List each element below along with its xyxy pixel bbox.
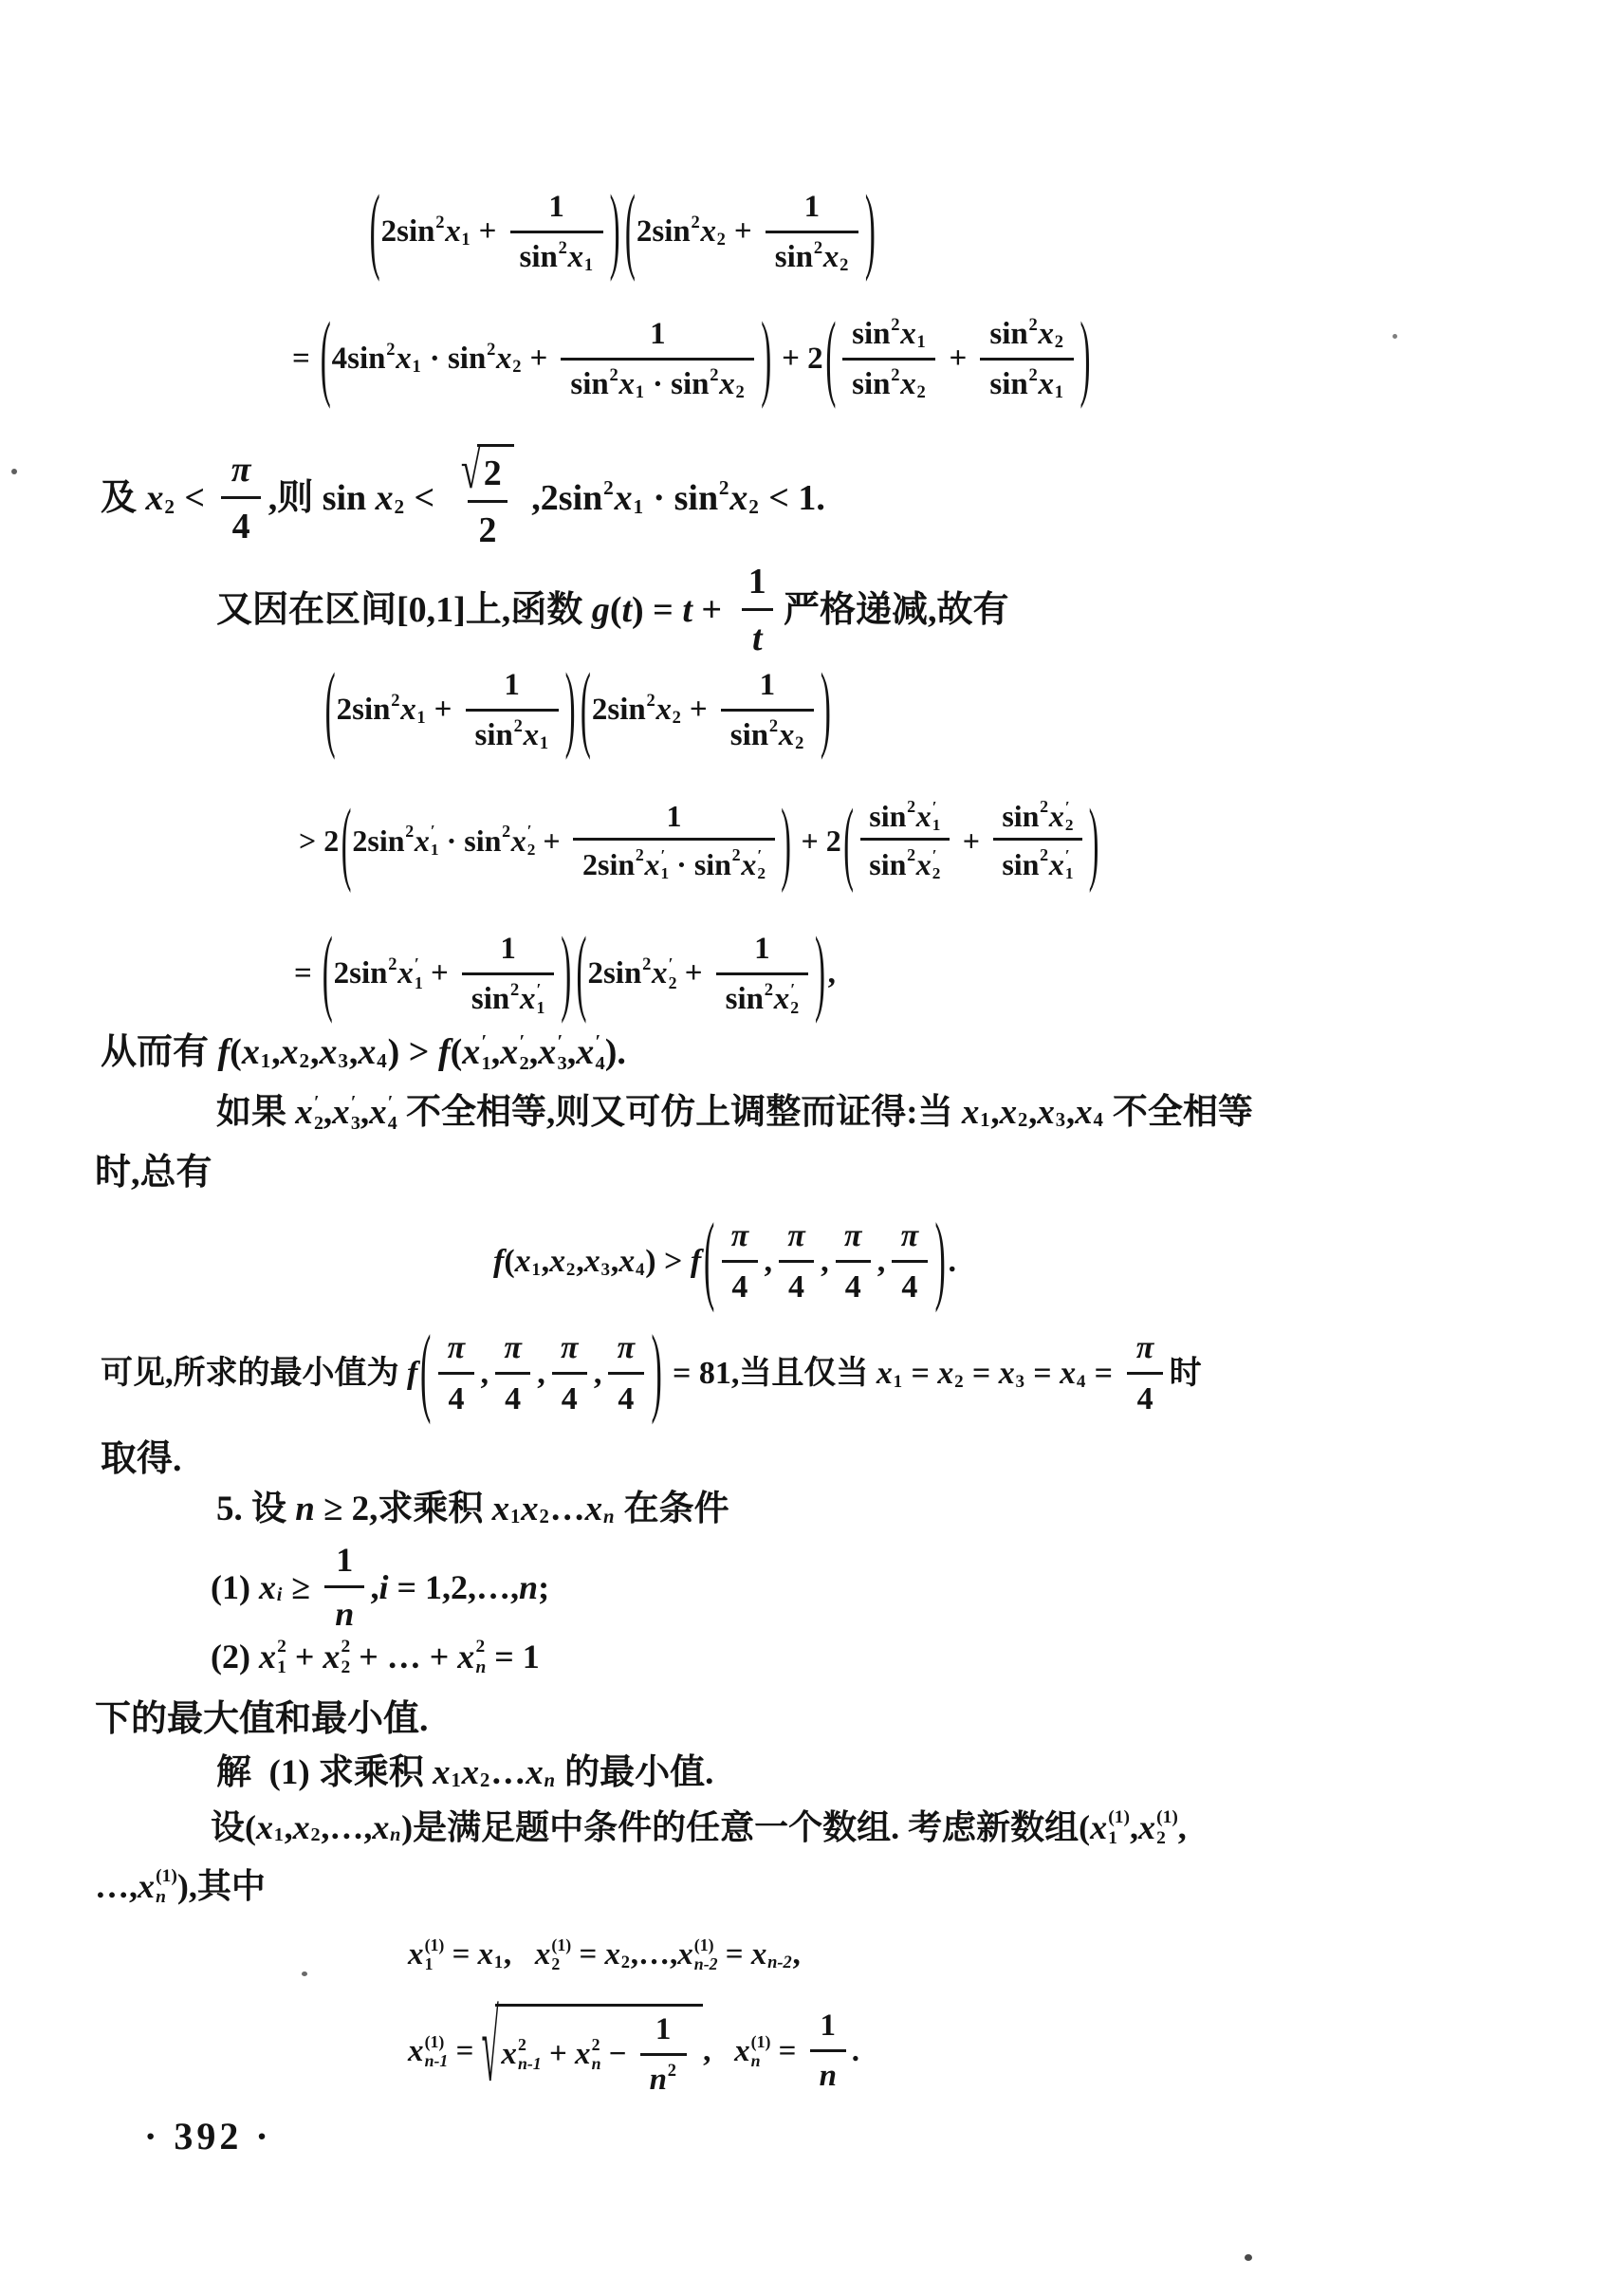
math-token: π — [901, 1216, 919, 1257]
math-token: 4 — [1093, 1109, 1104, 1134]
math-token: f — [218, 1030, 231, 1076]
math-token: sin2x′2sin2x′1 — [993, 797, 1082, 883]
math-token: 1sin2x1 — [466, 666, 559, 755]
math-token: 2 — [513, 715, 524, 737]
math-token: π — [220, 448, 262, 496]
math-token: π4 — [891, 1216, 928, 1308]
math-token: 1 — [412, 356, 422, 378]
para-max-and-min: 下的最大值和最小值. — [95, 1696, 429, 1743]
para-obtained: 取得. — [101, 1436, 182, 1483]
math-token: x — [535, 1935, 551, 1974]
math-token: x — [575, 2035, 591, 2074]
math-token: 2 — [1054, 331, 1064, 353]
math-token: x — [501, 2035, 517, 2074]
math-token: sin — [1002, 797, 1039, 835]
math-token: ( — [824, 311, 837, 408]
math-token: , — [1028, 1091, 1037, 1135]
math-token: n — [820, 2057, 837, 2096]
math-token: sin — [869, 797, 906, 835]
math-token: (1) — [1108, 1807, 1130, 1828]
math-token: sin2x2 — [766, 231, 858, 278]
math-token: 4 — [722, 1260, 757, 1308]
math-token: 1 — [666, 797, 681, 835]
math-token: , — [491, 1030, 501, 1076]
math-token: n — [602, 1506, 615, 1530]
math-token: π — [561, 1328, 579, 1369]
math-token: 2 — [691, 212, 701, 233]
para-wherein: …,x(1)n),其中 — [95, 1865, 266, 1908]
math-token: 2 — [813, 237, 823, 259]
math-token: sin2x2 — [842, 358, 935, 405]
math-token: 4 — [448, 1379, 464, 1420]
math-token: n — [324, 1585, 364, 1637]
math-token: … — [550, 1488, 585, 1531]
math-token: 4sin — [332, 340, 386, 379]
math-token: x — [500, 1030, 518, 1076]
math-token: sin2x′2 — [860, 838, 950, 883]
formula-new-array-1: x(1)1 = x1, x(1)2 = x2,…,x(1)n-2 = xn-2, — [408, 1935, 801, 1974]
math-token: n — [751, 2052, 761, 2071]
math-token: (1)n-1 — [425, 2033, 449, 2071]
math-token: x — [962, 1091, 980, 1135]
math-token: 3 — [600, 1259, 611, 1282]
math-token: , — [828, 954, 836, 993]
math-token: + — [542, 2035, 575, 2074]
math-token: x — [741, 845, 756, 883]
math-token: π4 — [551, 1328, 588, 1420]
math-token: x — [677, 1935, 693, 1974]
math-token: 2sin2x1 + 1sin2x1 — [381, 188, 609, 277]
math-token: ,…, — [631, 1935, 678, 1974]
math-token: √2 — [461, 444, 514, 496]
math-token: ′1 — [932, 798, 941, 835]
math-token: 4 — [618, 1379, 634, 1420]
math-token: 从而有 — [101, 1030, 218, 1076]
math-token: n — [475, 1657, 486, 1678]
math-token: x(1)1 — [408, 1935, 444, 1974]
math-token: ) = — [632, 588, 682, 634]
math-token: ( — [341, 794, 353, 887]
math-token: x — [1060, 1354, 1076, 1395]
math-token: 2 — [1028, 314, 1039, 336]
math-token: ( — [624, 184, 637, 281]
formula-expansion-equals: = (4sin2x1 · sin2x2 + 1sin2x1 · sin2x2) … — [292, 315, 1093, 404]
math-token: (2sin2x1 + 1sin2x1) — [324, 666, 577, 755]
math-token: (1)n — [751, 2033, 771, 2071]
math-token: + 2 — [794, 822, 841, 860]
math-token: 2 — [519, 1053, 528, 1075]
math-token: x — [734, 2032, 750, 2071]
math-token: = — [448, 2032, 481, 2071]
math-token: ′ — [527, 822, 532, 840]
math-token: , — [1178, 1806, 1187, 1849]
math-token: = — [964, 1354, 998, 1395]
math-token: ) > — [645, 1242, 691, 1283]
math-token: 1sin2x1 · sin2x2 — [561, 315, 754, 404]
math-token: 2 — [839, 254, 849, 276]
math-token: x′3 — [332, 1091, 360, 1135]
math-token: 1sin2x2 — [721, 666, 814, 755]
math-token: 2 — [1017, 1109, 1028, 1134]
math-token: + — [286, 1636, 323, 1678]
math-token: x′1 — [462, 1030, 490, 1076]
math-token: < — [175, 476, 214, 522]
math-token: x — [823, 238, 840, 277]
math-token: x — [259, 1636, 276, 1678]
math-token: 不全相等 — [1104, 1091, 1253, 1135]
math-token: x — [700, 213, 716, 251]
math-token: (2sin2x1 + 1sin2x1) — [369, 188, 621, 277]
math-token: 1 — [493, 1952, 504, 1973]
math-token: sin — [989, 315, 1027, 354]
math-token: x — [900, 365, 916, 404]
math-token: x(1)n — [138, 1865, 177, 1908]
math-token: 2 — [310, 1823, 322, 1847]
math-token: ′ — [351, 1092, 357, 1113]
math-token: , — [990, 1091, 999, 1135]
math-token: t — [682, 588, 692, 634]
math-token: = 81,当且仅当 — [665, 1354, 877, 1395]
math-token: ( — [504, 1242, 514, 1283]
math-token: t — [621, 588, 632, 634]
math-token: 2 — [558, 237, 568, 259]
math-token: sin2x2sin2x1 — [980, 315, 1073, 404]
math-token: 时 — [1170, 1354, 1202, 1395]
math-token: 2 — [527, 841, 536, 859]
math-token: (1)n-2 — [694, 1936, 718, 1974]
math-token: 1 — [932, 816, 941, 834]
math-token: ′3 — [557, 1031, 566, 1075]
math-token: π — [618, 1328, 636, 1369]
math-token: 4 — [845, 1268, 861, 1308]
math-token: 2 — [953, 1371, 964, 1394]
math-token: x — [259, 1566, 276, 1609]
math-token: π4,π4,π4,π4 — [715, 1216, 933, 1308]
math-token: + — [727, 213, 760, 251]
math-token: 1 — [481, 1053, 490, 1075]
math-token: 1 — [655, 2010, 672, 2049]
math-token: ) — [933, 1213, 946, 1312]
math-token: sin — [852, 365, 890, 404]
math-token: π — [551, 1328, 588, 1372]
math-token: √ — [482, 2002, 499, 2101]
para-problem-5: 5. 设 n ≥ 2,求乘积 x1x2…xn 在条件 — [216, 1488, 729, 1531]
math-token: 2 — [768, 715, 779, 737]
math-token: 2 — [501, 821, 510, 842]
math-token: x — [511, 822, 526, 860]
math-token: x — [774, 980, 790, 1019]
math-token: 2 — [646, 690, 656, 712]
math-token: 2 — [477, 444, 514, 496]
scan-speck — [1245, 2254, 1252, 2261]
math-token: 5. 设 — [216, 1488, 295, 1531]
math-token: 4 — [495, 1372, 530, 1420]
math-token: x′2 — [916, 845, 941, 883]
math-token: 4 — [836, 1260, 871, 1308]
math-token: 1sin2x2 — [766, 188, 858, 277]
math-token: f — [493, 1242, 504, 1283]
math-token: 1 — [548, 188, 564, 227]
math-token: 2 — [341, 1637, 351, 1657]
math-token: 1 — [537, 999, 545, 1018]
math-token: ( — [322, 926, 334, 1023]
math-token: sin2x′1sin2x′2 + sin2x′2sin2x′1 — [855, 797, 1088, 883]
math-token: 4 — [376, 1048, 387, 1074]
math-token: · sin — [644, 476, 718, 522]
math-token: (1) — [551, 1936, 571, 1955]
math-token: π4 — [494, 1328, 531, 1420]
math-token: 2n-1 — [518, 2036, 542, 2074]
math-token: + — [535, 822, 567, 860]
math-token: 解 — [216, 1751, 251, 1795]
math-token: ,…, — [321, 1806, 372, 1849]
math-token: 1 — [490, 930, 525, 972]
scan-speck — [302, 1972, 307, 1976]
math-token: , — [1066, 1091, 1075, 1135]
math-token: sin2x1sin2x2 + sin2x2sin2x1 — [837, 315, 1079, 404]
math-token: 1 — [531, 1259, 542, 1282]
para-if-not-all-equal: 如果 x′2,x′3,x′4 不全相等,则又可仿上调整而证得:当 x1,x2,x… — [216, 1091, 1253, 1135]
math-token: 1 — [804, 188, 821, 227]
math-token: 12sin2x′1 · sin2x′2 — [573, 797, 774, 883]
math-token: π — [494, 1328, 531, 1372]
math-token: ( — [703, 1213, 715, 1312]
math-token: 1 — [795, 188, 829, 231]
math-token: x — [618, 365, 635, 404]
math-token: 2sin2x2 + 1sin2x2 — [637, 188, 864, 277]
math-token: (sin2x′1sin2x′2 + sin2x′2sin2x′1) — [842, 797, 1099, 883]
math-token: π4 — [607, 1328, 644, 1420]
math-token: sin — [1002, 845, 1039, 883]
math-token: = — [718, 1935, 751, 1974]
math-token: ′ — [388, 1092, 394, 1113]
math-token: 4 — [901, 1268, 917, 1308]
math-token: 4 — [892, 1260, 927, 1308]
para-and-x2-bound: 及 x2 < π4,则 sin x2 < √22,2sin2x1 · sin2x… — [101, 444, 825, 553]
math-token: = — [1025, 1354, 1060, 1395]
math-token: (π4,π4,π4,π4) — [703, 1216, 947, 1308]
math-token: ′ — [557, 1031, 563, 1053]
math-token: x — [521, 1488, 539, 1531]
math-token: ′ — [481, 1031, 487, 1053]
math-token: 4 — [788, 1268, 804, 1308]
math-token: ≥ — [283, 1566, 319, 1609]
math-token: 1sin2x′2 — [716, 930, 808, 1019]
math-token: sin — [475, 716, 513, 755]
math-token: π — [891, 1216, 928, 1260]
math-token: 4 — [388, 1113, 397, 1134]
math-token: ). — [605, 1030, 626, 1076]
math-token: ( — [230, 1030, 242, 1076]
math-token: (2sin2x2 + 1sin2x2) — [580, 666, 832, 755]
math-token: ′2 — [519, 1031, 528, 1075]
math-token: 2 — [672, 707, 682, 729]
math-token: 2 — [716, 229, 727, 250]
math-token: x — [568, 238, 584, 277]
math-token: 4 — [1127, 1372, 1162, 1420]
math-token: ( — [575, 926, 587, 1023]
math-token: 1 — [500, 930, 516, 969]
math-token: ′3 — [351, 1092, 360, 1135]
math-token: ′ — [314, 1092, 320, 1113]
para-minimum-is-81: 可见,所求的最小值为 f(π4,π4,π4,π4) = 81,当且仅当 x1 =… — [101, 1328, 1202, 1420]
math-token: π4,π4,π4,π4 — [432, 1328, 650, 1420]
math-token: · sin — [645, 365, 710, 404]
math-token: π4 — [835, 1216, 872, 1308]
math-token: x — [1049, 797, 1064, 835]
math-token: (1)2 — [1156, 1807, 1178, 1849]
math-token: 1t — [737, 560, 777, 662]
math-token: 及 — [101, 476, 146, 522]
math-token: 设( — [211, 1806, 256, 1849]
math-token: x — [779, 716, 795, 755]
math-token: 又因在区间[0,1]上,函数 — [216, 588, 592, 634]
page-number: · 392 · — [144, 2112, 272, 2161]
math-token: , — [567, 1030, 577, 1076]
math-token: ′2 — [1065, 798, 1074, 835]
math-token: √22 — [450, 444, 525, 553]
math-token: π — [731, 1216, 749, 1257]
math-token: ′2 — [757, 846, 766, 883]
math-token: + — [522, 340, 555, 379]
math-token: ′2 — [669, 955, 677, 993]
math-token: ) — [564, 662, 577, 759]
formula-product-line-1: (2sin2x1 + 1sin2x1)(2sin2x2 + 1sin2x2) — [367, 188, 878, 277]
math-token: x — [652, 954, 668, 993]
math-token: π — [1127, 1328, 1164, 1372]
math-token: x(1)n-2 — [677, 1935, 717, 1974]
math-token: 1 — [336, 1539, 353, 1582]
math-token: , — [271, 1030, 281, 1076]
math-token: 2sin2x2 + 1sin2x2 — [592, 666, 820, 755]
math-token: 2 — [479, 1769, 490, 1794]
math-token: 2 — [592, 2036, 600, 2055]
math-token: x′2 — [295, 1091, 323, 1135]
math-token: π4 — [220, 448, 262, 550]
math-token: x(1)2 — [535, 1935, 571, 1974]
book-page: (2sin2x1 + 1sin2x1)(2sin2x2 + 1sin2x2) =… — [0, 0, 1624, 2277]
math-token: = 1 — [486, 1636, 540, 1678]
math-token: x′2 — [511, 822, 536, 860]
math-token: 1 — [633, 494, 644, 520]
math-token: x′1 — [520, 980, 544, 1019]
math-token: sin2x′1 — [993, 838, 1082, 883]
math-token: x — [576, 1030, 594, 1076]
math-token: x — [332, 1091, 350, 1135]
math-token: 2sin — [334, 954, 388, 993]
math-token: , — [481, 1354, 489, 1395]
math-token: 2 — [1039, 844, 1048, 865]
math-token: π — [437, 1328, 474, 1372]
math-token: , — [529, 1030, 539, 1076]
math-token: ) — [780, 794, 792, 887]
math-token: ( — [320, 311, 332, 408]
math-token: 2n — [475, 1637, 486, 1678]
math-token: x′2 — [741, 845, 766, 883]
math-token: x — [1038, 315, 1054, 354]
math-token: x — [1075, 1091, 1093, 1135]
math-token: x — [138, 1865, 155, 1908]
math-token: ′ — [757, 846, 762, 864]
math-token: ′2 — [932, 846, 941, 883]
math-token: n-2 — [766, 1952, 792, 1973]
formula-equals-primed: = (2sin2x′1 + 1sin2x′1)(2sin2x′2 + 1sin2… — [294, 930, 836, 1019]
math-token: sin — [869, 845, 906, 883]
math-token: ′2 — [314, 1092, 323, 1135]
math-token: 1 — [750, 666, 784, 709]
math-token: x — [496, 340, 512, 379]
math-token: = — [770, 2032, 803, 2071]
math-token: x2n-1 — [501, 2035, 541, 2074]
math-token: , — [323, 1091, 332, 1135]
math-token: 1 — [1054, 381, 1064, 403]
math-token: n-1 — [425, 2052, 449, 2071]
math-token: f — [407, 1354, 417, 1395]
math-token: x — [916, 797, 932, 835]
math-token: , — [594, 1354, 602, 1395]
math-token: 1 — [650, 315, 666, 354]
math-token: (π4,π4,π4,π4) — [419, 1328, 663, 1420]
math-token: x — [644, 845, 659, 883]
math-token: 1 — [635, 381, 645, 403]
math-token: ′ — [595, 1031, 600, 1053]
math-token: x — [605, 1935, 621, 1974]
math-token: 1 — [661, 864, 670, 882]
math-token: 2 — [735, 381, 746, 403]
math-token: ) — [820, 662, 832, 759]
math-token: 1 — [1108, 1828, 1117, 1849]
math-token: 2sin — [592, 691, 646, 730]
math-token: f — [438, 1030, 451, 1076]
math-token: x′3 — [538, 1030, 566, 1076]
math-token: x — [397, 954, 414, 993]
math-token: 2 — [794, 732, 804, 754]
math-token: , — [371, 1566, 379, 1609]
math-token: x — [719, 365, 735, 404]
math-token: 1n — [810, 2007, 846, 2096]
math-token: (1)2 — [551, 1936, 571, 1974]
math-token: 2 — [764, 979, 774, 1001]
math-token: 2 — [1028, 364, 1039, 386]
math-token: ′1 — [1065, 846, 1074, 883]
math-token: , — [542, 1242, 550, 1283]
math-token: (2sin2x′1 + 1sin2x′1) — [322, 930, 573, 1019]
math-token: sin2x′1 — [860, 797, 950, 838]
math-token: x — [900, 315, 916, 354]
math-token: 1 — [640, 315, 674, 358]
math-token: + — [426, 691, 459, 730]
math-token: = 1,2,…, — [389, 1566, 520, 1609]
math-token: n-1 — [518, 2055, 542, 2074]
math-token: sin2x′2 — [716, 972, 808, 1020]
math-token: x — [242, 1030, 260, 1076]
math-token: sin2x1 — [510, 231, 603, 278]
math-token: x — [937, 1354, 953, 1395]
math-token: x — [369, 1091, 387, 1135]
math-token: = — [903, 1354, 937, 1395]
math-token: 1 — [277, 1657, 286, 1678]
math-token: f — [691, 1242, 701, 1283]
math-token: , — [504, 1935, 535, 1974]
math-token: 2 — [906, 844, 915, 865]
math-token: x — [319, 1030, 337, 1076]
math-token: x — [751, 1935, 767, 1974]
math-token: 4 — [1137, 1379, 1153, 1420]
math-token: 如果 — [216, 1091, 295, 1135]
math-token: 2 — [388, 953, 398, 975]
math-token: 2 — [299, 1048, 310, 1074]
math-token: 1 — [540, 188, 574, 231]
